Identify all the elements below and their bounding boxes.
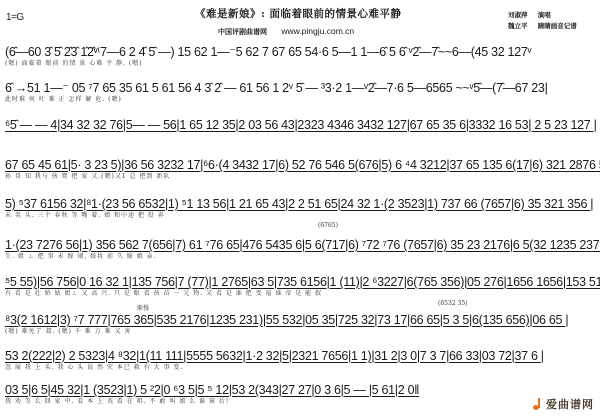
notation-line: 53 2(222|2) 2 5323|4 ⁸32|1(11 111|5555 5… bbox=[5, 348, 595, 372]
credits: 刘淑萍 演唱 魏立平 睛睛画音记谱 bbox=[508, 10, 585, 32]
bracket-annotation: (6765) bbox=[318, 222, 338, 229]
key-signature: 1=G bbox=[6, 12, 24, 23]
tempo-marking: 渐慢 bbox=[137, 303, 149, 312]
site-name: 中国评剧曲谱网 bbox=[218, 27, 267, 36]
notation-line: 03 5|6 5|45 32|1 (3523|1) 5 ²2|0 ⁶3 5|5 … bbox=[5, 382, 595, 406]
notation-notes: 67 65 45 61|5· 3 23 5)|36 56 3232 17|⁶6·… bbox=[5, 157, 595, 173]
notation-notes: ⁶5̂ — — 4|34 32 32 76|5— — 56|1 65 12 35… bbox=[5, 117, 595, 133]
notation-lyrics: (嗯) 难免了 叔. (嗯) 千 难 万 难 又 害 bbox=[5, 328, 595, 336]
notation-line: 5) ⁵37 6156 32|⁸1·(23 56 6532|1) ⁵1 13 5… bbox=[5, 196, 595, 220]
notation-notes: 53 2(222|2) 2 5323|4 ⁸32|1(11 111|5555 5… bbox=[5, 348, 595, 364]
notation-lyrics: 此时难 何 叶 难 正 怎样 解 危. (嗯) bbox=[5, 96, 595, 104]
notation-line: ⁵5 55)|56 756|0 16 32 1|135 756|7 (77)|1… bbox=[5, 274, 595, 298]
notation-lyrics: 生. 姐 ㄙ 把 事 未 嫁 闹, 嫁妆 前 久 嫁 娘 亲. bbox=[5, 253, 595, 261]
notation-lyrics: 未 名 头. 三个 春秋 等 嘴 着. 娘 和中途 把 投 奔 bbox=[5, 212, 595, 220]
notation-lyrics: 忽 展 我 上 头. 我 心 头 说 然 灾 本已 救 有 大 事 变. bbox=[5, 364, 595, 372]
notation-line: ⁸3(2 1612|3) ⁷7 777|765 365|535 2176|123… bbox=[5, 312, 595, 336]
notation-notes: (6̂—60 3̂ 5̂ 2̂3̂ 1̂2̂ᵛ⁽7—6 2 4̂ 5̂ —) 1… bbox=[5, 44, 595, 60]
bracket-annotation: (6532 35) bbox=[438, 300, 468, 307]
notation-notes: 6̂ →51 1—⁻ 05 ⁷7 65 35 61 5 61 56 4 3̂ 2… bbox=[5, 80, 595, 96]
notation-lyrics: 孙 哥 知 我与 孩 鸳 把 家 又.(嗯)又1 总 把到 新队 bbox=[5, 173, 595, 181]
site-url: www.pingju.com.cn bbox=[281, 26, 354, 36]
notation-lyrics: (嗯) 面临着 眼前 的情 景 心难 平 静. (嗯) bbox=[5, 60, 595, 68]
notation-lyrics: 我 劝 等 么 回 家 中. 看 本 上 英 看 在 唱. 不 敢 叫 娘 么 … bbox=[5, 398, 595, 406]
notation-notes: 5) ⁵37 6156 32|⁸1·(23 56 6532|1) ⁵1 13 5… bbox=[5, 196, 595, 212]
music-note-icon bbox=[533, 398, 543, 410]
watermark-text: 爱曲谱网 bbox=[546, 396, 594, 412]
notation-line: (6̂—60 3̂ 5̂ 2̂3̂ 1̂2̂ᵛ⁽7—6 2 4̂ 5̂ —) 1… bbox=[5, 44, 595, 68]
notation-notes: 1·(23 7276 56|1) 356 562 7(656|7) 61 ⁷76… bbox=[5, 237, 595, 253]
credit-name: 刘淑萍 bbox=[508, 11, 528, 19]
notation-line: ⁶5̂ — — 4|34 32 32 76|5— — 56|1 65 12 35… bbox=[5, 117, 595, 133]
notation-notes: ⁸3(2 1612|3) ⁷7 777|765 365|535 2176|123… bbox=[5, 312, 595, 328]
credit-performer: 刘淑萍 演唱 bbox=[508, 10, 585, 21]
source-line: 中国评剧曲谱网 www.pingju.com.cn bbox=[218, 26, 354, 37]
notation-lyrics: 有 看 是 壮 娇 姑 姐ㄙ 又 高 兴. 只 是 眼 看 孩 苗 一 元 物.… bbox=[5, 290, 595, 298]
credit-role: 演唱 bbox=[538, 11, 551, 19]
notation-line: 6̂ →51 1—⁻ 05 ⁷7 65 35 61 5 61 56 4 3̂ 2… bbox=[5, 80, 595, 104]
notation-notes: 03 5|6 5|45 32|1 (3523|1) 5 ²2|0 ⁶3 5|5 … bbox=[5, 382, 595, 398]
notation-line: 1·(23 7276 56|1) 356 562 7(656|7) 61 ⁷76… bbox=[5, 237, 595, 261]
credit-transcriber: 魏立平 睛睛画音记谱 bbox=[508, 21, 585, 32]
page-title: 《难是新娘》: 面临着眼前的情景心难平静 bbox=[195, 6, 402, 21]
sheet-music-page: 1=G 《难是新娘》: 面临着眼前的情景心难平静 中国评剧曲谱网 www.pin… bbox=[0, 0, 600, 418]
watermark-logo: 爱曲谱网 bbox=[533, 396, 594, 412]
notation-line: 67 65 45 61|5· 3 23 5)|36 56 3232 17|⁶6·… bbox=[5, 157, 595, 181]
credit-role: 睛睛画音记谱 bbox=[538, 22, 577, 30]
credit-name: 魏立平 bbox=[508, 22, 528, 30]
notation-notes: ⁵5 55)|56 756|0 16 32 1|135 756|7 (77)|1… bbox=[5, 274, 595, 290]
